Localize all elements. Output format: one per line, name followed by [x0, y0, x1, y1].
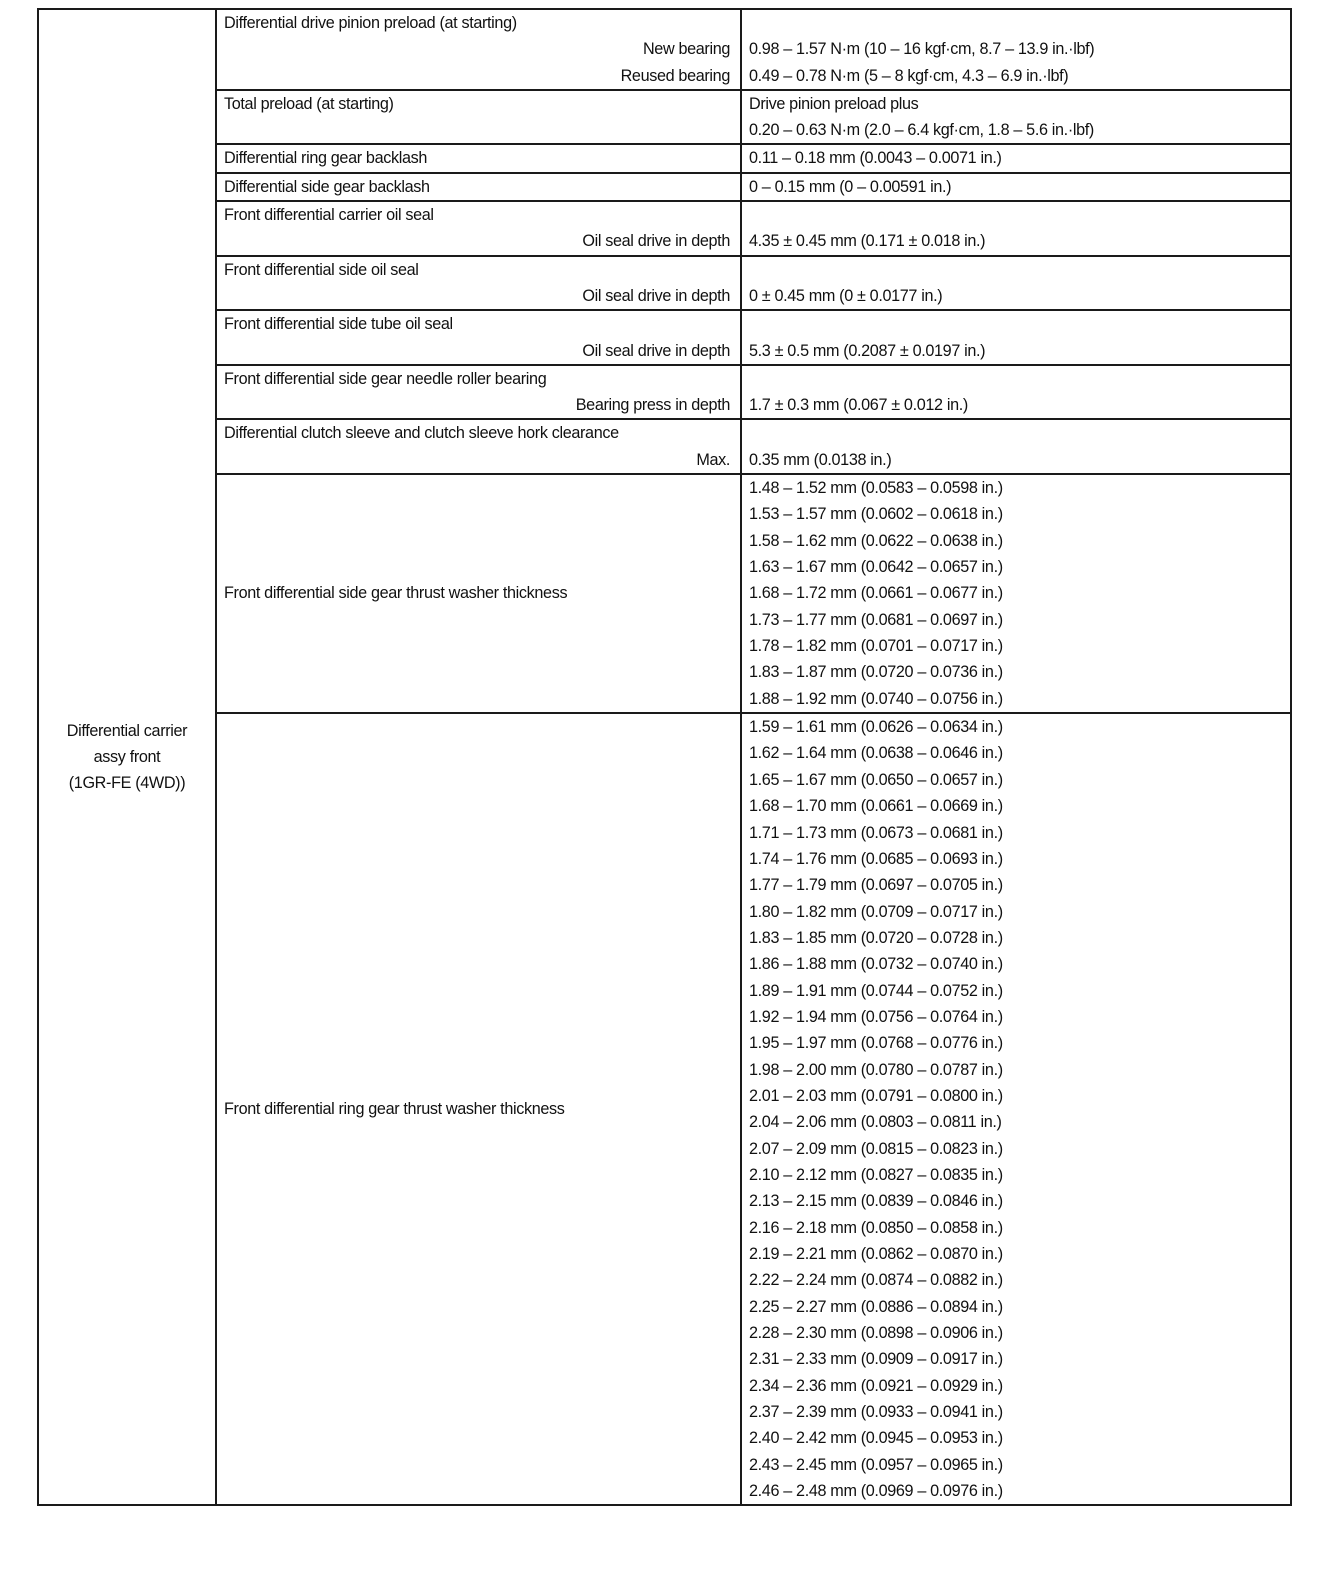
value-list-cell: 1.59 – 1.61 mm (0.0626 – 0.0634 in.)1.62…	[741, 713, 1291, 1505]
group-label-line: (1GR-FE (4WD))	[39, 770, 215, 796]
value-cell: 1.7 ± 0.3 mm (0.067 ± 0.012 in.)	[741, 365, 1291, 420]
thickness-range-value: 2.07 – 2.09 mm (0.0815 – 0.0823 in.)	[749, 1136, 1284, 1162]
thickness-range-value: 1.53 – 1.57 mm (0.0602 – 0.0618 in.)	[749, 501, 1284, 527]
thickness-range-value: 1.68 – 1.70 mm (0.0661 – 0.0669 in.)	[749, 793, 1284, 819]
item-cell: Front differential carrier oil seal Oil …	[216, 201, 741, 256]
value-list-cell: 1.48 – 1.52 mm (0.0583 – 0.0598 in.)1.53…	[741, 474, 1291, 713]
thickness-range-value: 1.89 – 1.91 mm (0.0744 – 0.0752 in.)	[749, 978, 1284, 1004]
spec-value: 0 ± 0.45 mm (0 ± 0.0177 in.)	[749, 283, 1284, 309]
thickness-range-value: 1.98 – 2.00 mm (0.0780 – 0.0787 in.)	[749, 1057, 1284, 1083]
thickness-range-value: 1.63 – 1.67 mm (0.0642 – 0.0657 in.)	[749, 554, 1284, 580]
component-group-cell: Differential carrier assy front (1GR-FE …	[38, 9, 216, 1505]
item-cell: Differential ring gear backlash	[216, 144, 741, 172]
thickness-range-value: 1.58 – 1.62 mm (0.0622 – 0.0638 in.)	[749, 528, 1284, 554]
thickness-range-value: 2.40 – 2.42 mm (0.0945 – 0.0953 in.)	[749, 1425, 1284, 1451]
item-label: Differential clutch sleeve and clutch sl…	[224, 420, 730, 446]
specification-table: Differential carrier assy front (1GR-FE …	[37, 8, 1292, 1506]
thickness-range-value: 2.01 – 2.03 mm (0.0791 – 0.0800 in.)	[749, 1083, 1284, 1109]
group-label-line: assy front	[39, 744, 215, 770]
thickness-range-value: 2.46 – 2.48 mm (0.0969 – 0.0976 in.)	[749, 1478, 1284, 1504]
table-row: Differential carrier assy front (1GR-FE …	[38, 9, 1291, 90]
table-row: Front differential side gear thrust wash…	[38, 474, 1291, 713]
table-row: Total preload (at starting) Drive pinion…	[38, 90, 1291, 145]
item-cell: Front differential side gear needle roll…	[216, 365, 741, 420]
thickness-range-value: 2.28 – 2.30 mm (0.0898 – 0.0906 in.)	[749, 1320, 1284, 1346]
sub-label: New bearing	[224, 36, 730, 62]
item-cell: Differential clutch sleeve and clutch sl…	[216, 419, 741, 474]
thickness-range-value: 1.86 – 1.88 mm (0.0732 – 0.0740 in.)	[749, 951, 1284, 977]
spec-value: Drive pinion preload plus	[749, 91, 1284, 117]
thickness-range-value: 1.48 – 1.52 mm (0.0583 – 0.0598 in.)	[749, 475, 1284, 501]
spec-value: 1.7 ± 0.3 mm (0.067 ± 0.012 in.)	[749, 392, 1284, 418]
value-cell: 0.11 – 0.18 mm (0.0043 – 0.0071 in.)	[741, 144, 1291, 172]
thickness-range-value: 2.16 – 2.18 mm (0.0850 – 0.0858 in.)	[749, 1215, 1284, 1241]
table-row: Front differential side tube oil seal Oi…	[38, 310, 1291, 365]
table-row: Front differential carrier oil seal Oil …	[38, 201, 1291, 256]
thickness-range-value: 1.83 – 1.85 mm (0.0720 – 0.0728 in.)	[749, 925, 1284, 951]
item-cell: Front differential side gear thrust wash…	[216, 474, 741, 713]
thickness-range-value: 1.92 – 1.94 mm (0.0756 – 0.0764 in.)	[749, 1004, 1284, 1030]
item-label: Front differential side gear thrust wash…	[224, 580, 730, 606]
value-cell: 0 – 0.15 mm (0 – 0.00591 in.)	[741, 173, 1291, 201]
sub-label: Max.	[224, 447, 730, 473]
thickness-range-value: 2.43 – 2.45 mm (0.0957 – 0.0965 in.)	[749, 1452, 1284, 1478]
item-label: Front differential carrier oil seal	[224, 202, 730, 228]
spec-value: 5.3 ± 0.5 mm (0.2087 ± 0.0197 in.)	[749, 338, 1284, 364]
spec-value: 0 – 0.15 mm (0 – 0.00591 in.)	[749, 174, 1284, 200]
spec-value: 0.49 – 0.78 N·m (5 – 8 kgf·cm, 4.3 – 6.9…	[749, 63, 1284, 89]
item-cell: Differential drive pinion preload (at st…	[216, 9, 741, 90]
value-cell: 0.35 mm (0.0138 in.)	[741, 419, 1291, 474]
thickness-range-value: 1.83 – 1.87 mm (0.0720 – 0.0736 in.)	[749, 659, 1284, 685]
thickness-range-value: 1.59 – 1.61 mm (0.0626 – 0.0634 in.)	[749, 714, 1284, 740]
spec-value: 0.35 mm (0.0138 in.)	[749, 447, 1284, 473]
group-label-line: Differential carrier	[39, 718, 215, 744]
item-cell: Total preload (at starting)	[216, 90, 741, 145]
value-cell: 5.3 ± 0.5 mm (0.2087 ± 0.0197 in.)	[741, 310, 1291, 365]
thickness-range-value: 2.31 – 2.33 mm (0.0909 – 0.0917 in.)	[749, 1346, 1284, 1372]
value-cell: 0.98 – 1.57 N·m (10 – 16 kgf·cm, 8.7 – 1…	[741, 9, 1291, 90]
thickness-range-value: 1.95 – 1.97 mm (0.0768 – 0.0776 in.)	[749, 1030, 1284, 1056]
item-label: Differential side gear backlash	[224, 174, 730, 200]
item-cell: Front differential side oil seal Oil sea…	[216, 256, 741, 311]
thickness-range-value: 2.25 – 2.27 mm (0.0886 – 0.0894 in.)	[749, 1294, 1284, 1320]
thickness-range-value: 1.71 – 1.73 mm (0.0673 – 0.0681 in.)	[749, 820, 1284, 846]
thickness-range-value: 1.65 – 1.67 mm (0.0650 – 0.0657 in.)	[749, 767, 1284, 793]
item-cell: Front differential side tube oil seal Oi…	[216, 310, 741, 365]
sub-label: Oil seal drive in depth	[224, 228, 730, 254]
item-cell: Differential side gear backlash	[216, 173, 741, 201]
table-row: Differential ring gear backlash 0.11 – 0…	[38, 144, 1291, 172]
item-cell: Front differential ring gear thrust wash…	[216, 713, 741, 1505]
item-label: Differential drive pinion preload (at st…	[224, 10, 730, 36]
thickness-range-value: 1.73 – 1.77 mm (0.0681 – 0.0697 in.)	[749, 607, 1284, 633]
sub-label: Oil seal drive in depth	[224, 283, 730, 309]
spec-value: 0.11 – 0.18 mm (0.0043 – 0.0071 in.)	[749, 145, 1284, 171]
value-cell: Drive pinion preload plus 0.20 – 0.63 N·…	[741, 90, 1291, 145]
table-row: Differential clutch sleeve and clutch sl…	[38, 419, 1291, 474]
thickness-range-value: 2.10 – 2.12 mm (0.0827 – 0.0835 in.)	[749, 1162, 1284, 1188]
spec-value: 0.20 – 0.63 N·m (2.0 – 6.4 kgf·cm, 1.8 –…	[749, 117, 1284, 143]
spec-value: 4.35 ± 0.45 mm (0.171 ± 0.018 in.)	[749, 228, 1284, 254]
thickness-range-value: 2.04 – 2.06 mm (0.0803 – 0.0811 in.)	[749, 1109, 1284, 1135]
thickness-range-value: 2.34 – 2.36 mm (0.0921 – 0.0929 in.)	[749, 1373, 1284, 1399]
sub-label: Reused bearing	[224, 63, 730, 89]
item-label: Front differential side oil seal	[224, 257, 730, 283]
item-label: Front differential side tube oil seal	[224, 311, 730, 337]
thickness-range-value: 2.37 – 2.39 mm (0.0933 – 0.0941 in.)	[749, 1399, 1284, 1425]
thickness-range-value: 1.62 – 1.64 mm (0.0638 – 0.0646 in.)	[749, 740, 1284, 766]
item-label: Differential ring gear backlash	[224, 145, 730, 171]
item-label: Total preload (at starting)	[224, 91, 730, 117]
thickness-range-value: 2.22 – 2.24 mm (0.0874 – 0.0882 in.)	[749, 1267, 1284, 1293]
item-label: Front differential side gear needle roll…	[224, 366, 730, 392]
table-row: Front differential side gear needle roll…	[38, 365, 1291, 420]
thickness-range-value: 2.13 – 2.15 mm (0.0839 – 0.0846 in.)	[749, 1188, 1284, 1214]
thickness-range-value: 1.74 – 1.76 mm (0.0685 – 0.0693 in.)	[749, 846, 1284, 872]
table-row: Front differential ring gear thrust wash…	[38, 713, 1291, 1505]
thickness-range-value: 1.77 – 1.79 mm (0.0697 – 0.0705 in.)	[749, 872, 1284, 898]
sub-label: Bearing press in depth	[224, 392, 730, 418]
sub-label: Oil seal drive in depth	[224, 338, 730, 364]
value-cell: 0 ± 0.45 mm (0 ± 0.0177 in.)	[741, 256, 1291, 311]
thickness-range-value: 1.80 – 1.82 mm (0.0709 – 0.0717 in.)	[749, 899, 1284, 925]
item-label: Front differential ring gear thrust wash…	[224, 1096, 730, 1122]
value-cell: 4.35 ± 0.45 mm (0.171 ± 0.018 in.)	[741, 201, 1291, 256]
table-row: Differential side gear backlash 0 – 0.15…	[38, 173, 1291, 201]
thickness-range-value: 2.19 – 2.21 mm (0.0862 – 0.0870 in.)	[749, 1241, 1284, 1267]
thickness-range-value: 1.78 – 1.82 mm (0.0701 – 0.0717 in.)	[749, 633, 1284, 659]
spec-value: 0.98 – 1.57 N·m (10 – 16 kgf·cm, 8.7 – 1…	[749, 36, 1284, 62]
thickness-range-value: 1.68 – 1.72 mm (0.0661 – 0.0677 in.)	[749, 580, 1284, 606]
thickness-range-value: 1.88 – 1.92 mm (0.0740 – 0.0756 in.)	[749, 686, 1284, 712]
table-row: Front differential side oil seal Oil sea…	[38, 256, 1291, 311]
